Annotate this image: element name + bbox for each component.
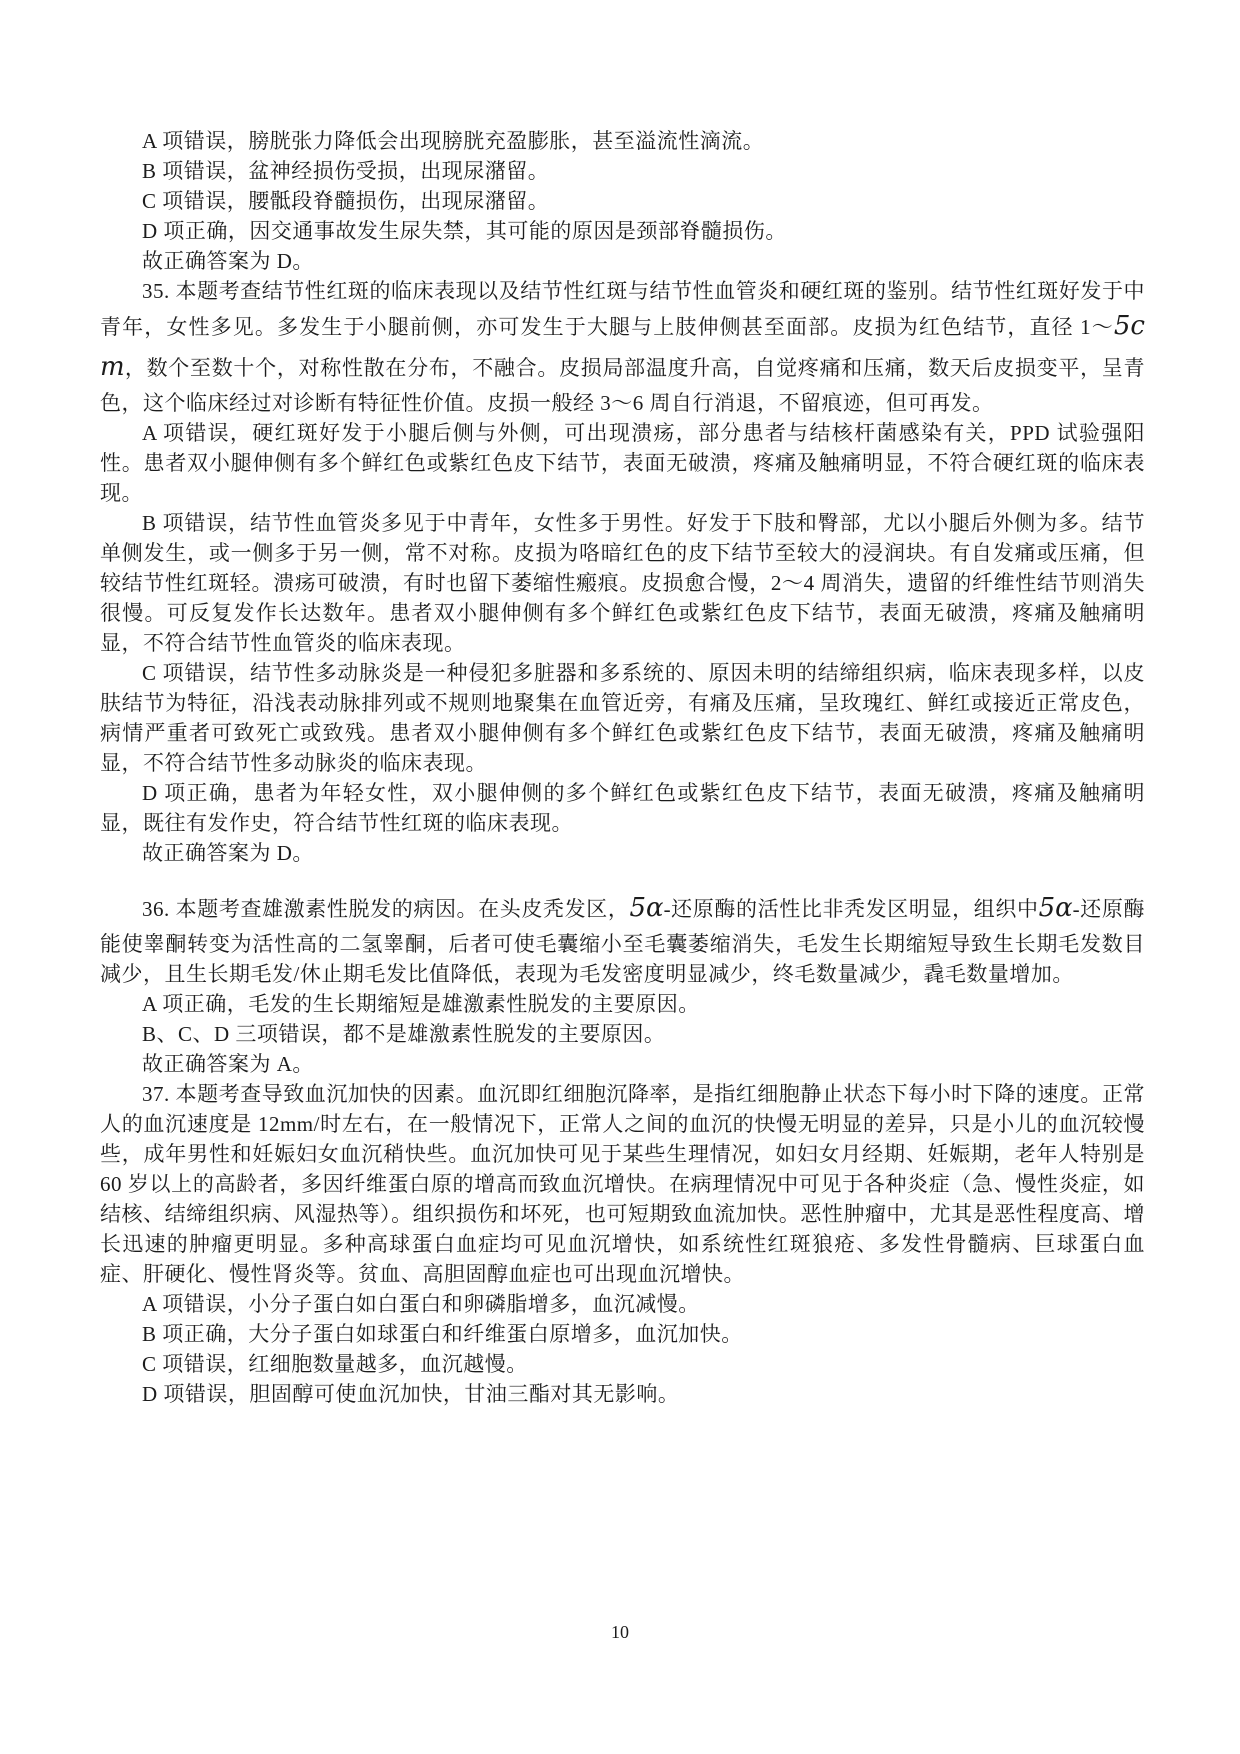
explanation-36-text-2: -还原酶的活性比非秃发区明显，组织中: [664, 897, 1039, 921]
document-page: A 项错误，膀胱张力降低会出现膀胱充盈膨胀，甚至溢流性滴流。 B 项错误，盆神经…: [0, 0, 1240, 1754]
answer-line-34-c: C 项错误，腰骶段脊髓损伤，出现尿潴留。: [100, 186, 1145, 216]
math-5-alpha-1: 5α: [629, 893, 663, 923]
answer-conclusion-36: 故正确答案为 A。: [100, 1049, 1145, 1079]
explanation-35-text-2: ，数个至数十个，对称性散在分布，不融合。皮损局部温度升高，自觉疼痛和压痛，数天后…: [100, 356, 1145, 415]
answer-line-35-c: C 项错误，结节性多动脉炎是一种侵犯多脏器和多系统的、原因未明的结缔组织病，临床…: [100, 658, 1145, 778]
answer-line-37-d: D 项错误，胆固醇可使血沉加快，甘油三酯对其无影响。: [100, 1379, 1145, 1409]
math-5-alpha-2: 5α: [1039, 893, 1073, 923]
answer-line-34-d: D 项正确，因交通事故发生尿失禁，其可能的原因是颈部脊髓损伤。: [100, 216, 1145, 246]
document-body: A 项错误，膀胱张力降低会出现膀胱充盈膨胀，甚至溢流性滴流。 B 项错误，盆神经…: [100, 126, 1145, 1409]
answer-conclusion-34: 故正确答案为 D。: [100, 246, 1145, 276]
explanation-35-text-1: 35. 本题考查结节性红斑的临床表现以及结节性红斑与结节性血管炎和硬红斑的鉴别。…: [100, 279, 1145, 339]
answer-line-36-bcd: B、C、D 三项错误，都不是雄激素性脱发的主要原因。: [100, 1019, 1145, 1049]
answer-line-37-a: A 项错误，小分子蛋白如白蛋白和卵磷脂增多，血沉减慢。: [100, 1289, 1145, 1319]
page-number: 10: [0, 1622, 1240, 1643]
answer-line-36-a: A 项正确，毛发的生长期缩短是雄激素性脱发的主要原因。: [100, 989, 1145, 1019]
explanation-paragraph-35: 35. 本题考查结节性红斑的临床表现以及结节性红斑与结节性血管炎和硬红斑的鉴别。…: [100, 276, 1145, 418]
answer-line-34-b: B 项错误，盆神经损伤受损，出现尿潴留。: [100, 156, 1145, 186]
explanation-paragraph-36: 36. 本题考查雄激素性脱发的病因。在头皮秃发区，5α-还原酶的活性比非秃发区明…: [100, 888, 1145, 989]
answer-line-34-a: A 项错误，膀胱张力降低会出现膀胱充盈膨胀，甚至溢流性滴流。: [100, 126, 1145, 156]
answer-line-35-b: B 项错误，结节性血管炎多见于中青年，女性多于男性。好发于下肢和臀部，尤以小腿后…: [100, 508, 1145, 658]
answer-conclusion-35: 故正确答案为 D。: [100, 838, 1145, 868]
answer-line-37-b: B 项正确，大分子蛋白如球蛋白和纤维蛋白原增多，血沉加快。: [100, 1319, 1145, 1349]
answer-line-37-c: C 项错误，红细胞数量越多，血沉越慢。: [100, 1349, 1145, 1379]
explanation-paragraph-37: 37. 本题考查导致血沉加快的因素。血沉即红细胞沉降率，是指红细胞静止状态下每小…: [100, 1079, 1145, 1289]
answer-line-35-d: D 项正确，患者为年轻女性，双小腿伸侧的多个鲜红色或紫红色皮下结节，表面无破溃，…: [100, 778, 1145, 838]
explanation-36-text-1: 36. 本题考查雄激素性脱发的病因。在头皮秃发区，: [142, 897, 629, 921]
answer-line-35-a: A 项错误，硬红斑好发于小腿后侧与外侧，可出现溃疡，部分患者与结核杆菌感染有关，…: [100, 418, 1145, 508]
